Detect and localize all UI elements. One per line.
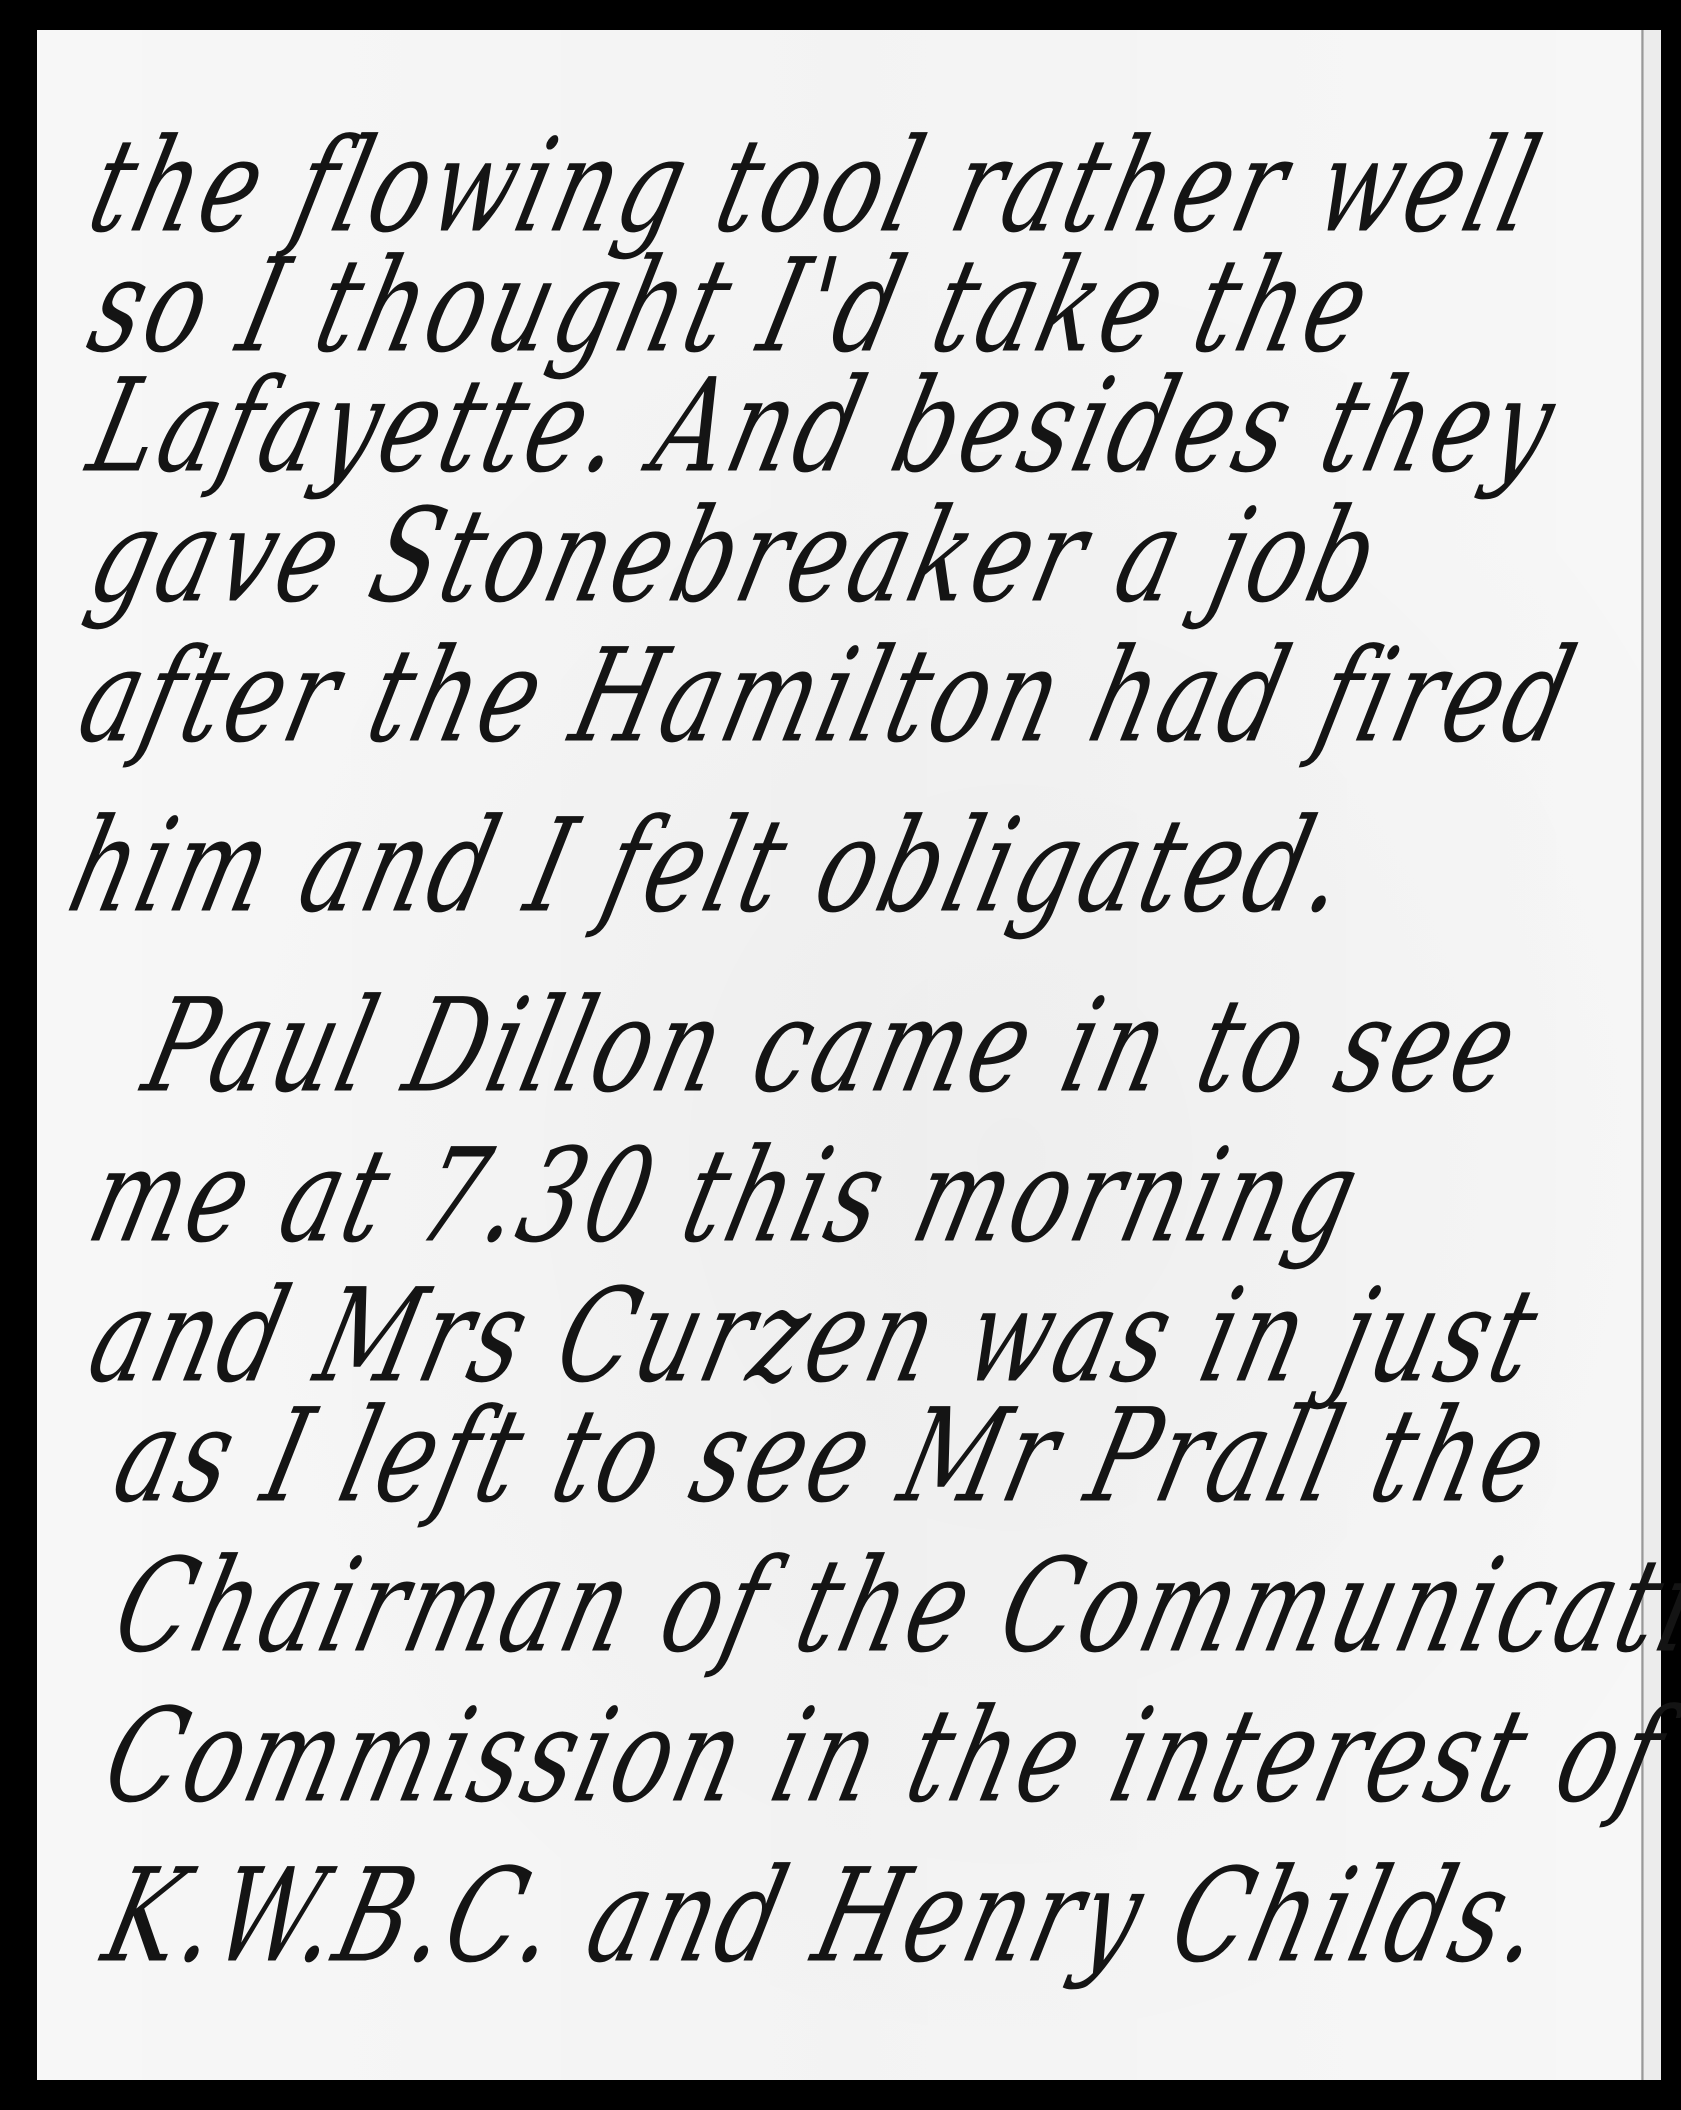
handwritten-line-8: me at 7.30 this morning [76, 1120, 1376, 1271]
handwritten-line-11: Chairman of the Communications [101, 1530, 1681, 1681]
handwritten-line-13: K.W.B.C. and Henry Childs. [91, 1840, 1561, 1991]
handwritten-line-12: Commission in the interest of [91, 1680, 1681, 1831]
handwritten-line-10: as I left to see Mr Prall the [101, 1380, 1564, 1531]
handwritten-line-3: Lafayette. And besides they [76, 350, 1572, 501]
handwritten-line-4: gave Stonebreaker a job [76, 480, 1396, 631]
handwritten-line-7: Paul Dillon came in to see [131, 970, 1535, 1121]
handwritten-line-6: him and I felt obligated. [56, 790, 1366, 941]
handwritten-line-5: after the Hamilton had fired [66, 620, 1592, 771]
scan-background: the flowing tool rather well so I though… [0, 0, 1681, 2110]
letter-page: the flowing tool rather well so I though… [37, 30, 1661, 2080]
